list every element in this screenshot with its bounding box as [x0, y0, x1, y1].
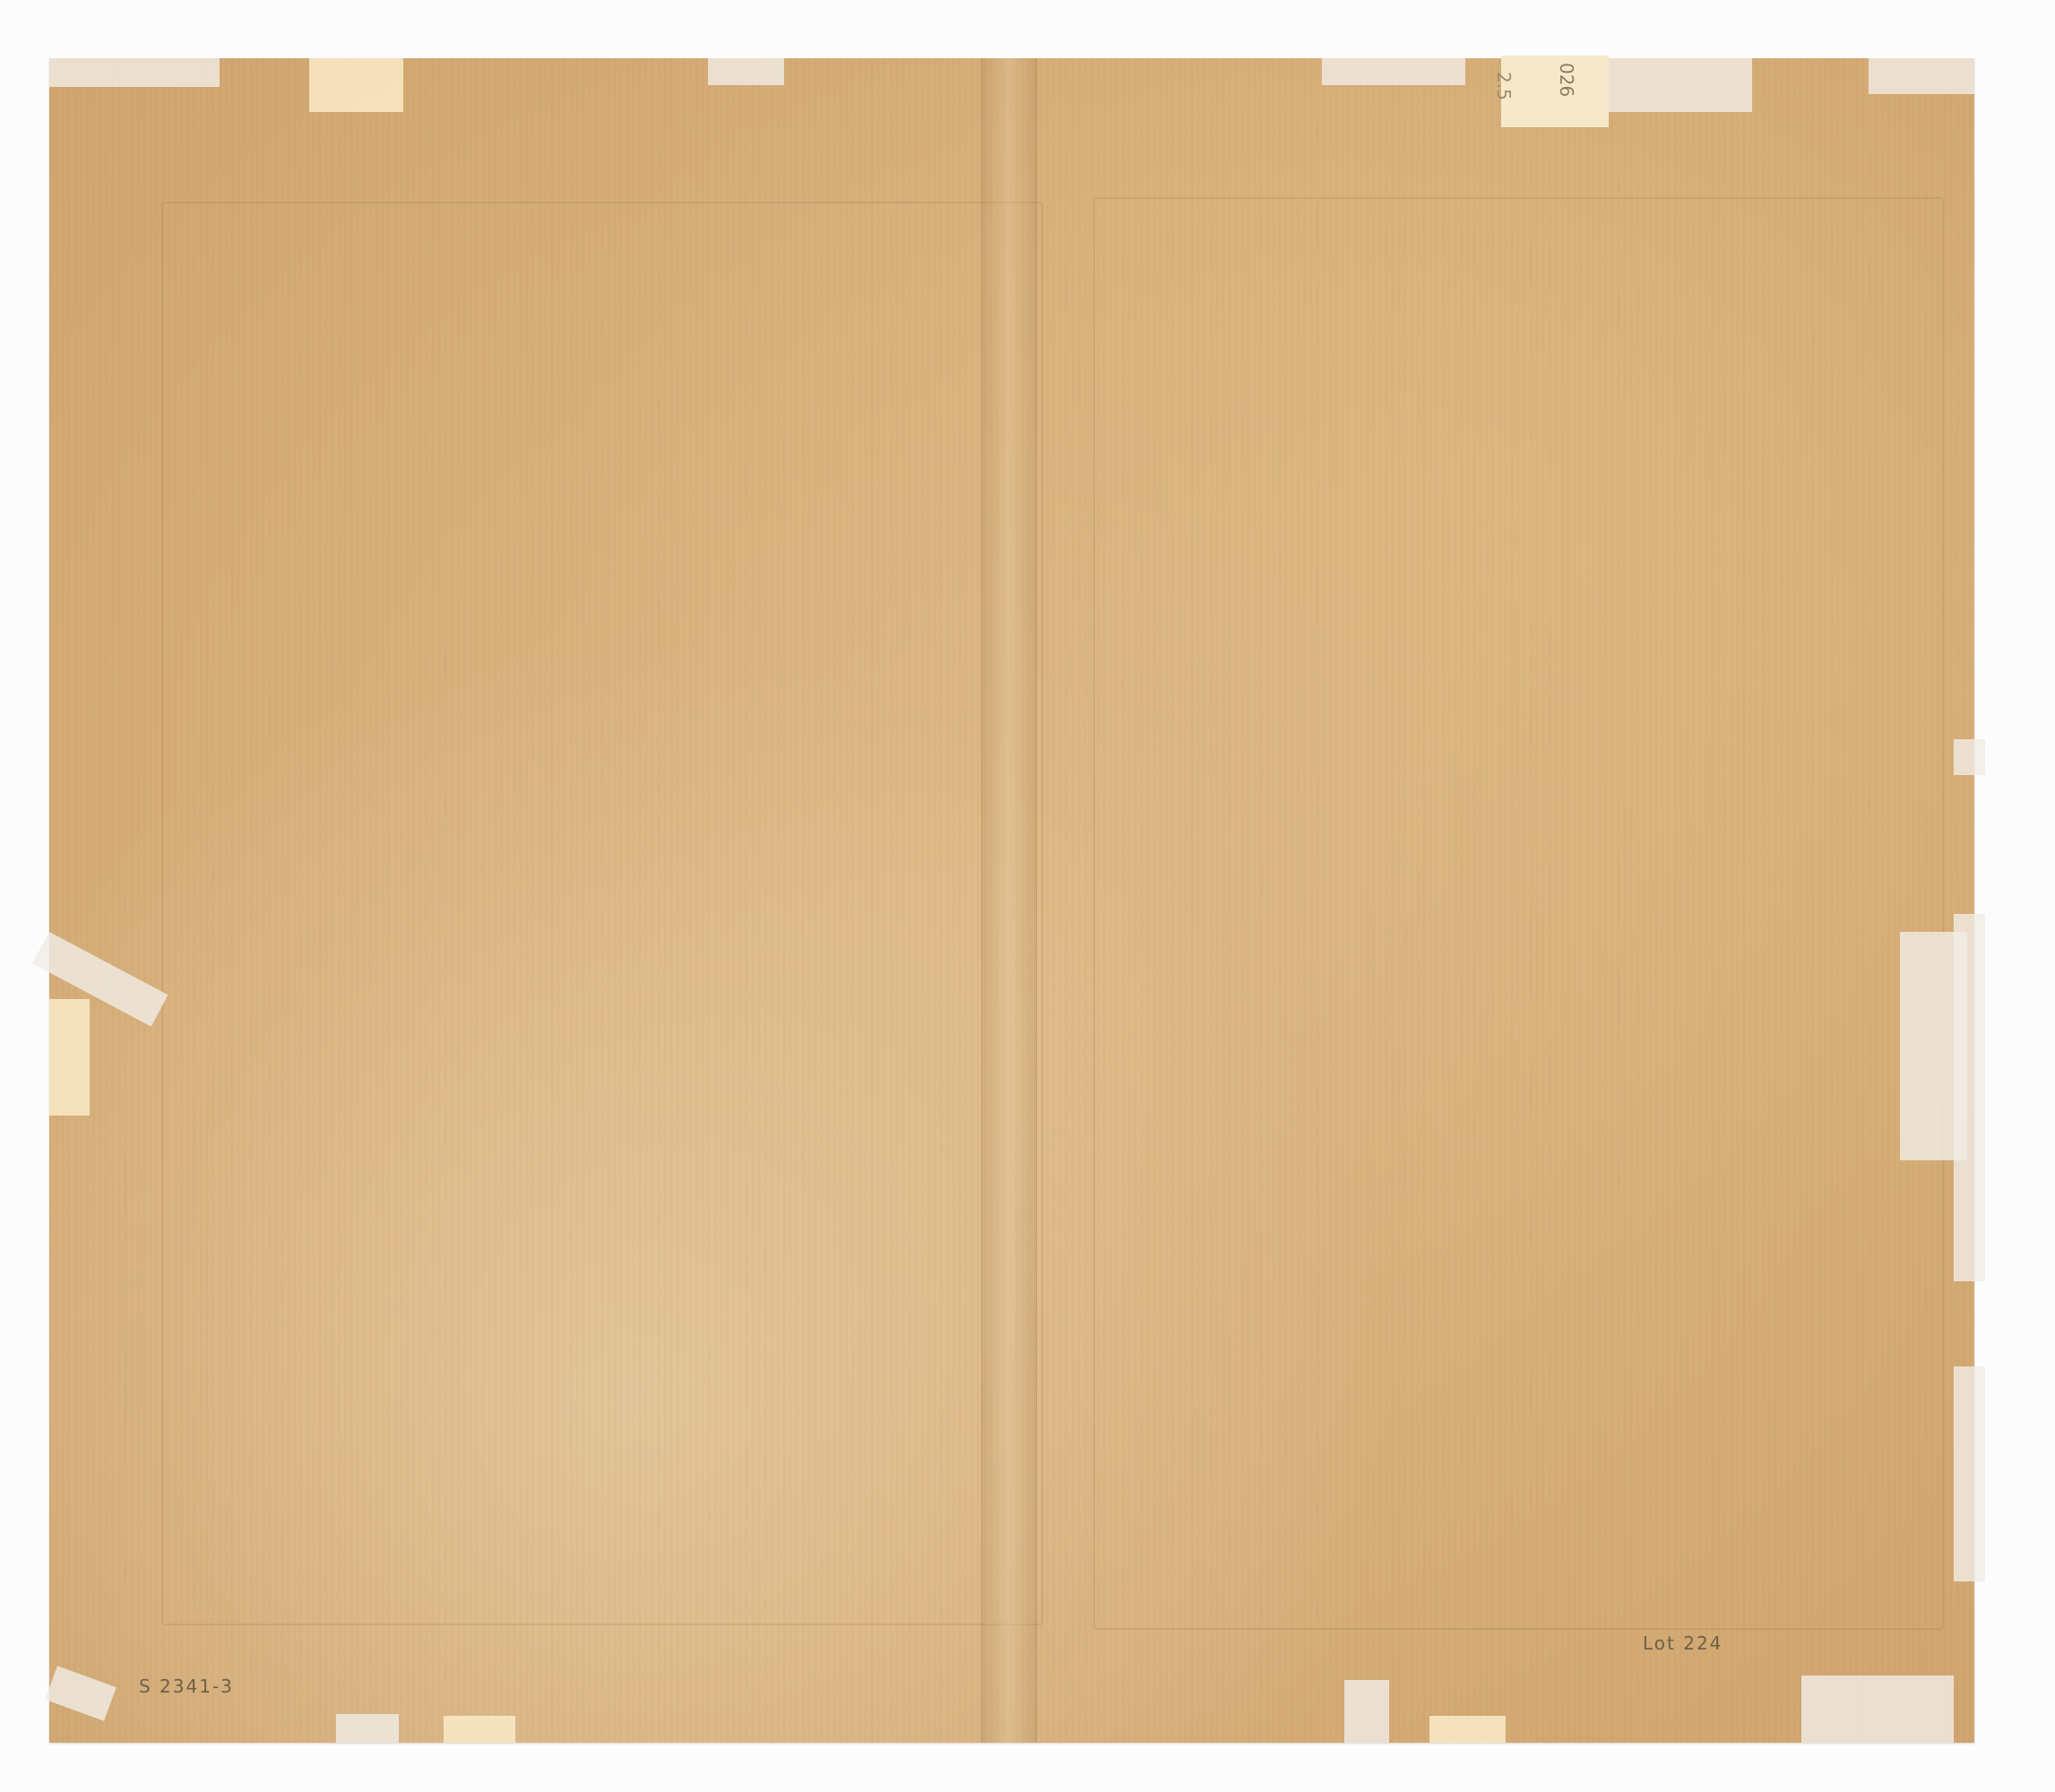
tape-bottom-right [1344, 1680, 1389, 1743]
tape-top-left-2 [309, 58, 403, 112]
tape-right-edge [1954, 914, 1985, 1281]
tape-top-right-2 [1609, 58, 1752, 112]
tape-right-small [1954, 739, 1985, 775]
tape-top-corner [1869, 58, 1974, 94]
tape-top-mid [708, 58, 784, 85]
tape-label-text-2: 026 [1556, 63, 1577, 97]
center-fold-hinge-strip [981, 58, 1037, 1743]
tape-bottom-right-2 [1429, 1716, 1506, 1743]
tape-right-lower [1954, 1366, 1985, 1581]
tape-bottom-left [45, 1666, 116, 1721]
tape-bottom-right-corner [1801, 1676, 1954, 1743]
tape-bottom-left-2 [336, 1714, 399, 1743]
tape-top-left [49, 58, 220, 87]
tape-bottom-mid-left [444, 1716, 515, 1743]
lot-number-handwriting: Lot 224 [1643, 1633, 1723, 1654]
tape-left-side [49, 999, 90, 1116]
right-plate-impression [1093, 197, 1944, 1630]
tape-label-text-1: 2.5 [1493, 72, 1515, 100]
inventory-tape-label [1501, 56, 1609, 127]
inventory-number-handwriting: S 2341-3 [139, 1676, 234, 1697]
left-plate-impression [161, 202, 1043, 1625]
tape-top-right [1322, 58, 1465, 85]
map-sheet-verso [49, 58, 1974, 1743]
